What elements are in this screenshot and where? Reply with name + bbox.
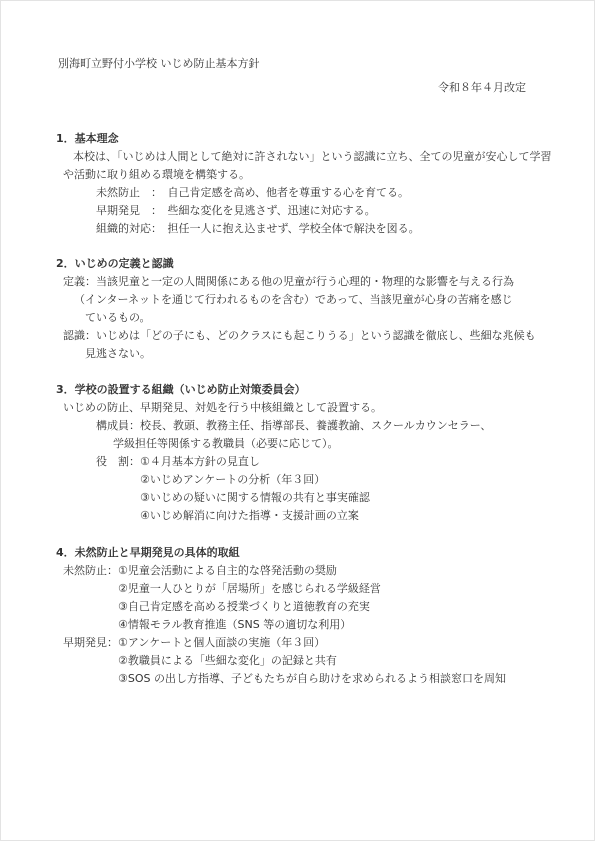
doc-line: 構成員：校長、教頭、教務主任、指導部長、養護教諭、スクールカウンセラー、 xyxy=(96,417,491,435)
doc-line: 学級担任等関係する教職員（必要に応じて）。 xyxy=(113,435,339,453)
doc-line: いじめの防止、早期発見、対処を行う中核組織として設置する。 xyxy=(63,399,382,417)
doc-line: ているもの。 xyxy=(85,309,151,327)
doc-line: ②いじめアンケートの分析（年３回） xyxy=(140,471,325,489)
doc-line: 見逃さない。 xyxy=(85,345,151,363)
doc-line: 組織的対応： 担任一人に抱え込ませず、学校全体で解決を図る。 xyxy=(96,220,420,238)
doc-line: 未然防止：①児童会活動による自主的な啓発活動の奨励 xyxy=(63,562,337,580)
doc-line: （インターネットを通じて行われるものを含む）であって、当該児童が心身の苦痛を感じ xyxy=(74,291,513,309)
revision-date: 令和８年４月改定 xyxy=(438,79,526,97)
doc-line: 定義：当該児童と一定の人間関係にある他の児童が行う心理的・物理的な影響を与える行… xyxy=(63,273,514,291)
doc-line: ②児童一人ひとりが「居場所」を感じられる学級経営 xyxy=(118,580,381,598)
doc-line: ③いじめの疑いに関する情報の共有と事実確認 xyxy=(140,489,370,507)
doc-line: 早期発見 ： 些細な変化を見逃さず、迅速に対応する。 xyxy=(96,202,376,220)
doc-line: 早期発見：①アンケートと個人面談の実施（年３回） xyxy=(63,634,325,652)
doc-line: ③自己肯定感を高める授業づくりと道徳教育の充実 xyxy=(118,598,370,616)
doc-line: ④いじめ解消に向けた指導・支援計画の立案 xyxy=(140,507,359,525)
section-heading-3: 3．学校の設置する組織（いじめ防止対策委員会） xyxy=(56,381,306,399)
section-heading-4: 4．未然防止と早期発見の具体的取組 xyxy=(56,544,240,562)
doc-title: 別海町立野付小学校 いじめ防止基本方針 xyxy=(58,55,260,73)
doc-line: 認識：いじめは「どの子にも、どのクラスにも起こりうる」という認識を徹底し、些細な… xyxy=(63,327,536,345)
section-heading-2: 2．いじめの定義と認識 xyxy=(56,255,174,273)
doc-line: 本校は、「いじめは人間として絶対に許されない」という認識に立ち、全ての児童が安心… xyxy=(73,148,552,166)
doc-line: ④情報モラル教育推進（SNS 等の適切な利用） xyxy=(118,616,351,634)
document-page: 別海町立野付小学校 いじめ防止基本方針 令和８年４月改定 1．基本理念 本校は、… xyxy=(0,0,595,841)
doc-line: ③SOS の出し方指導、子どもたちが自ら助けを求められるよう相談窓口を周知 xyxy=(118,670,506,688)
doc-line: 役 割：①４月基本方針の見直し xyxy=(96,453,260,471)
doc-line: や活動に取り組める環境を構築する。 xyxy=(63,166,250,184)
section-heading-1: 1．基本理念 xyxy=(56,130,119,148)
doc-line: ②教職員による「些細な変化」の記録と共有 xyxy=(118,652,337,670)
doc-line: 未然防止 ： 自己肯定感を高め、他者を尊重する心を育てる。 xyxy=(96,184,409,202)
